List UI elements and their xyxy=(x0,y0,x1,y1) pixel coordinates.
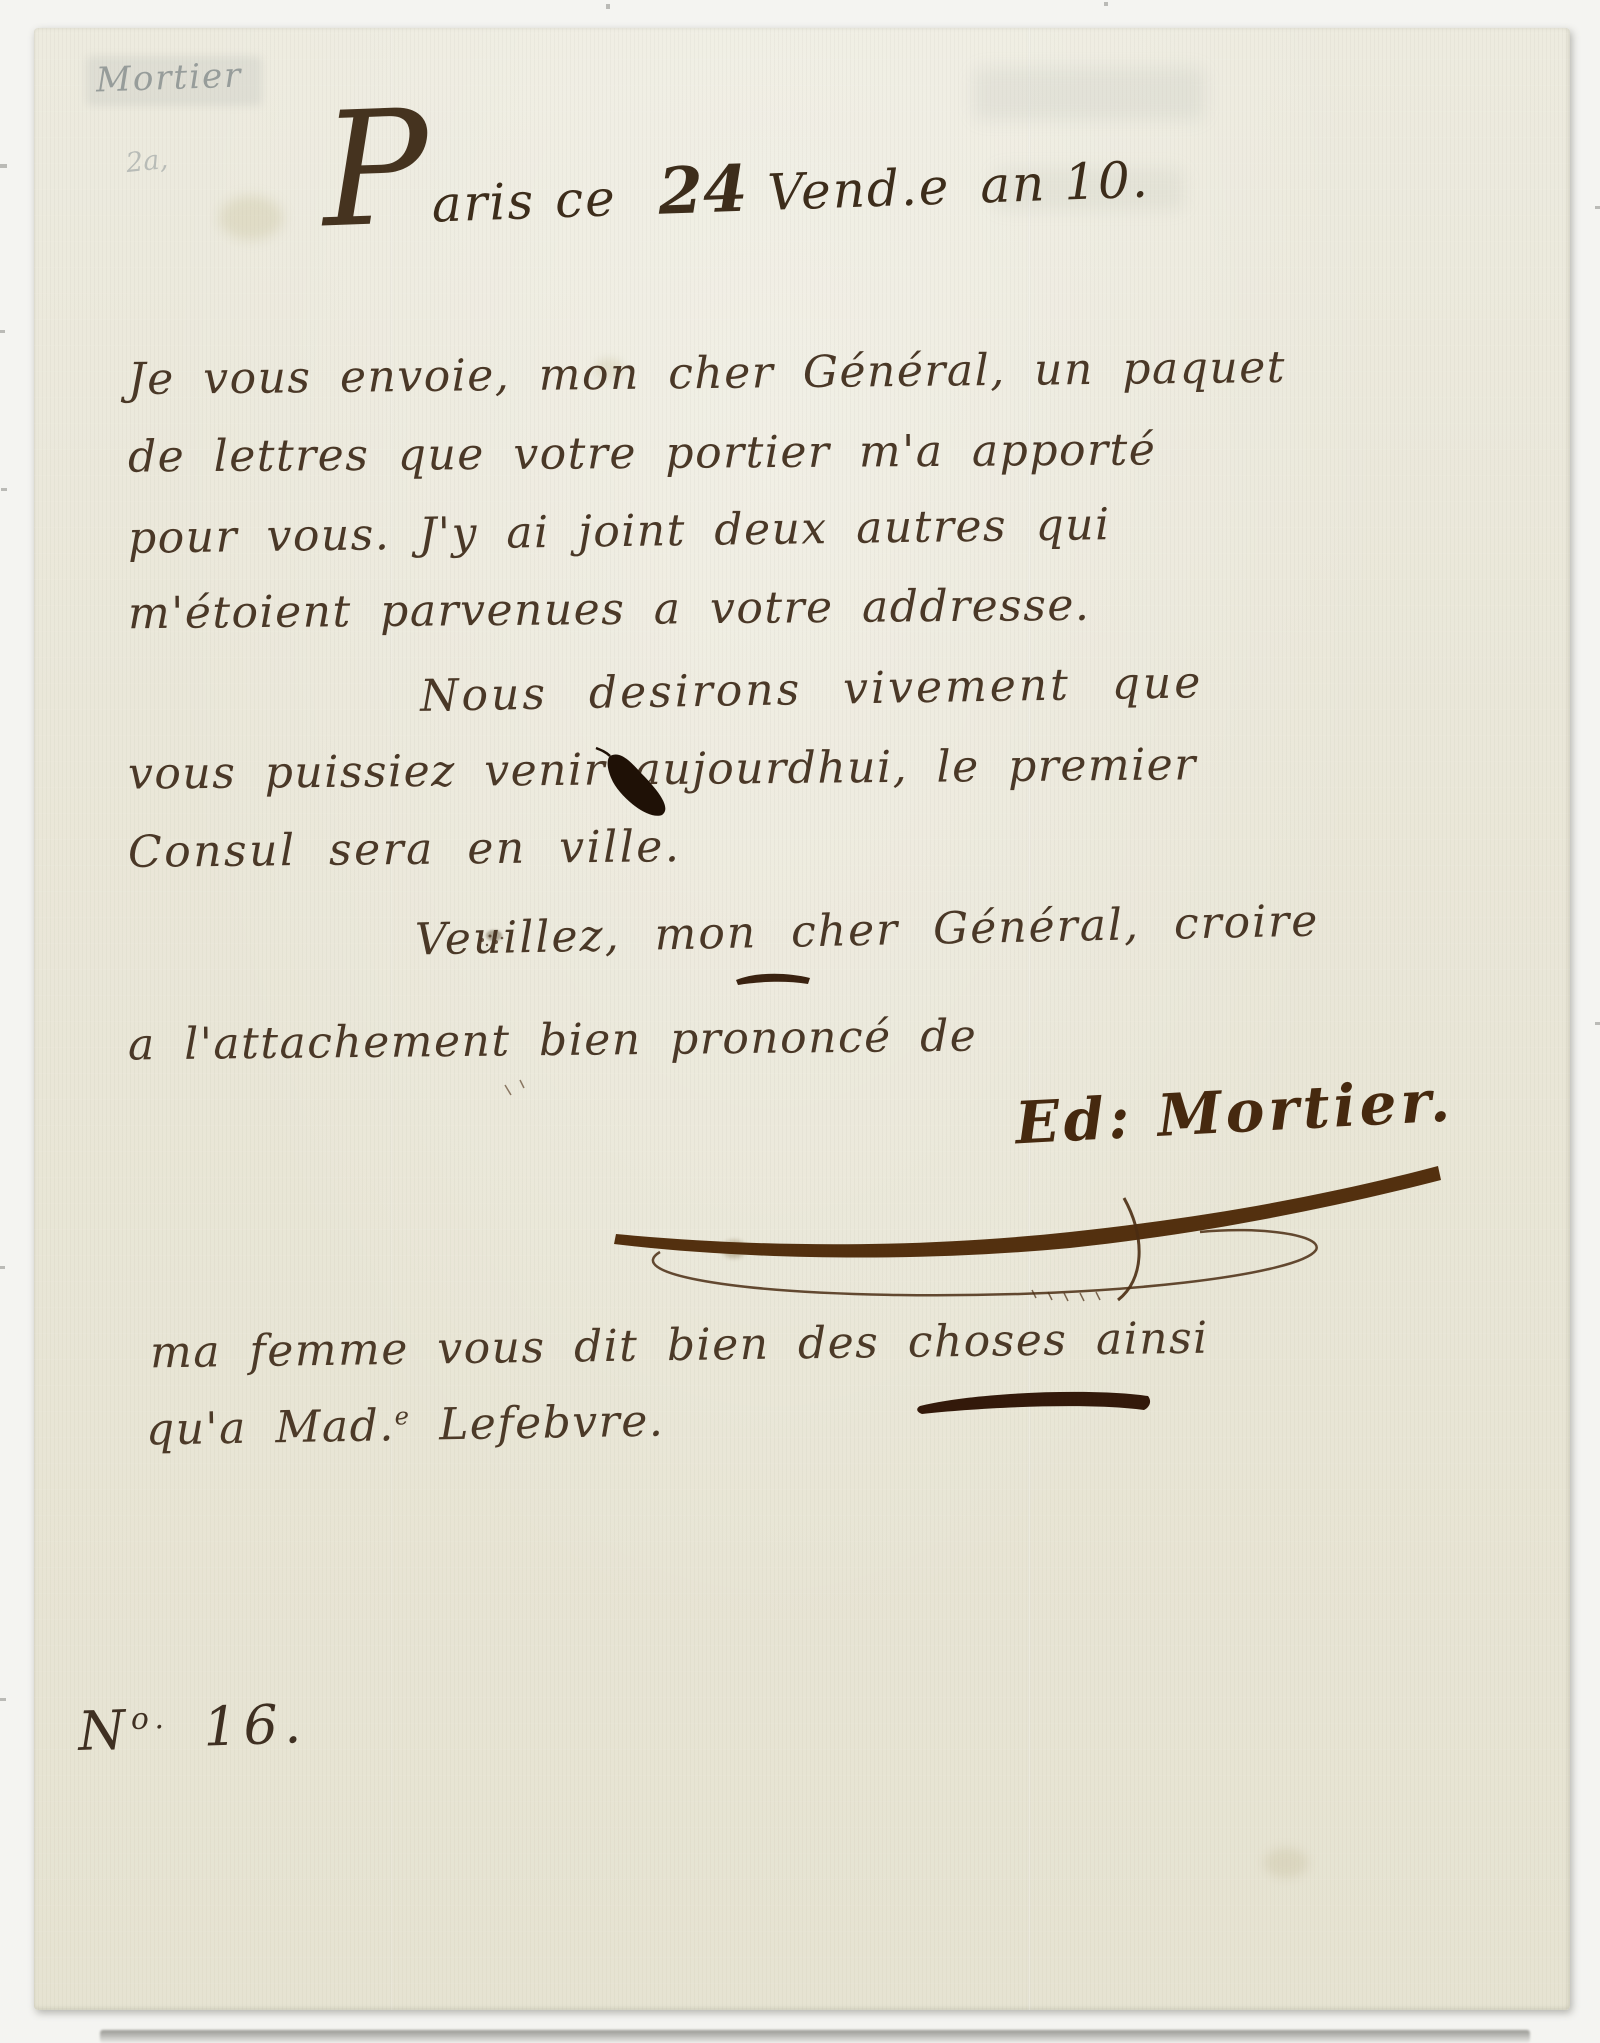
letter-line: Je vous envoie, mon cher Général, un paq… xyxy=(128,342,1286,405)
postscript-text: qu'a Mad. xyxy=(146,1400,396,1455)
letter-line: Nous desirons vivement que xyxy=(420,657,1204,722)
letter-paper: Mortier 2a, P aris ce 24 Vend.e an 10. J… xyxy=(34,28,1570,2010)
docket-superscript: o. xyxy=(130,1701,170,1737)
letter-line: Veuillez, mon cher Général, croire xyxy=(415,896,1320,966)
postscript-line: qu'a Mad.e Lefebvre. xyxy=(146,1395,665,1455)
scanner-artifact xyxy=(606,4,610,9)
scanner-artifact xyxy=(1104,2,1108,6)
letter-line: de lettres que votre portier m'a apporté xyxy=(128,424,1157,482)
letter-line: a l'attachement bien prononcé de xyxy=(128,1011,978,1071)
dateline-year: an 10. xyxy=(979,151,1150,215)
letter-line: vous puissiez venir aujourdhui, le premi… xyxy=(128,739,1197,799)
docket-rest: 16. xyxy=(169,1692,308,1760)
scan-background: Mortier 2a, P aris ce 24 Vend.e an 10. J… xyxy=(0,0,1600,2043)
paper-stain xyxy=(722,1240,746,1258)
scanner-artifact xyxy=(1595,206,1600,209)
postscript-text: Lefebvre. xyxy=(410,1395,665,1450)
dateline-month: Vend. xyxy=(767,159,920,222)
dateline-flourished-initial: P xyxy=(320,101,431,239)
paper-stain xyxy=(219,196,283,240)
postscript-line: ma femme vous dit bien des choses ainsi xyxy=(150,1313,1209,1379)
dateline: P aris ce 24 Vend.e an 10. xyxy=(320,76,1151,242)
docket-prefix: N xyxy=(77,1698,132,1763)
dateline-month-superscript: e xyxy=(918,158,952,217)
pen-dash xyxy=(734,970,814,988)
dateline-place: aris xyxy=(431,172,536,234)
signature-flourish xyxy=(600,1140,1460,1315)
fold-crease xyxy=(1028,28,1031,2010)
pen-dash-heavy xyxy=(912,1380,1162,1425)
pencil-annotation-name: Mortier xyxy=(95,55,243,100)
pencil-annotation-mark: 2a, xyxy=(124,144,169,179)
scanner-artifact xyxy=(0,1698,6,1701)
paper-stain xyxy=(1264,1848,1308,1878)
scanner-artifact xyxy=(0,164,7,168)
signature: Ed: Mortier. xyxy=(933,1066,1456,1161)
scanner-artifact xyxy=(0,330,5,333)
letter-line: Consul sera en ville. xyxy=(128,821,682,878)
scan-bottom-shadow xyxy=(100,2030,1530,2043)
letter-line: m'étoient parvenues a votre addresse. xyxy=(128,580,1091,639)
scanner-artifact xyxy=(1,488,7,491)
dateline-ce: ce xyxy=(554,169,618,229)
postscript-superscript: e xyxy=(394,1402,410,1430)
scanner-artifact xyxy=(0,1266,5,1269)
dateline-day: 24 xyxy=(657,152,749,230)
scanner-artifact xyxy=(1595,1022,1600,1025)
docket-number: No. 16. xyxy=(77,1692,308,1763)
letter-line: pour vous. J'y ai joint deux autres qui xyxy=(128,499,1111,564)
